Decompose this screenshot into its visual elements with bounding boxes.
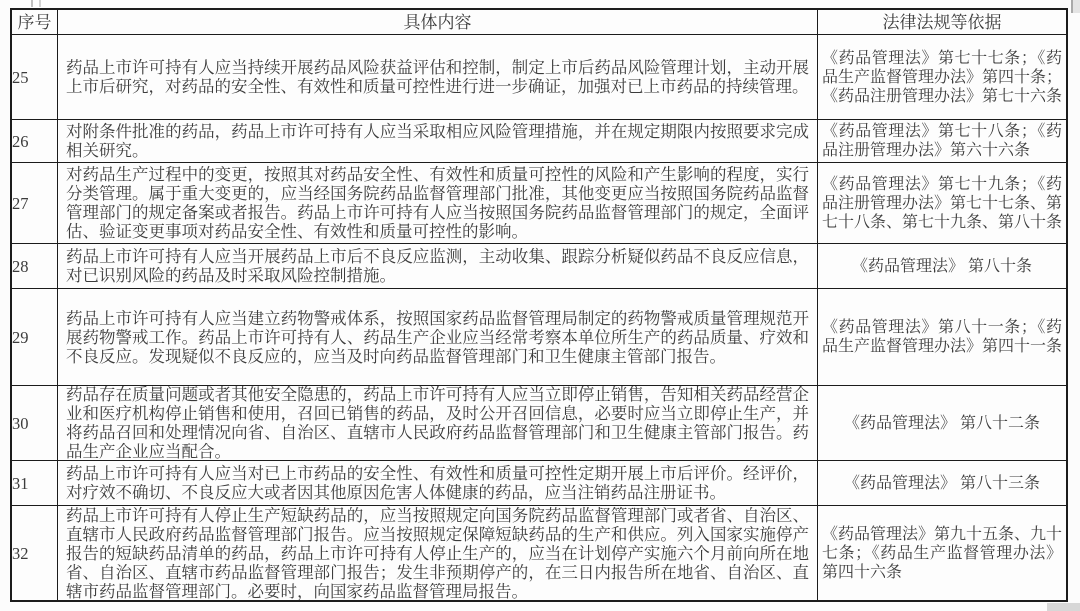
scan-artifact	[1071, 0, 1080, 13]
content-text: 药品上市许可持有人应当持续开展药品风险获益评估和控制，制定上市后药品风险管理计划…	[66, 58, 809, 96]
content-cell: 药品上市许可持有人停止生产短缺药品的，应当按照规定向国务院药品监督管理部门或者省…	[58, 506, 818, 600]
document-page: 序号 具体内容 法律法规等依据 25 药品上市许可持有人应当持续开展药品风险获益…	[0, 0, 1080, 611]
serial-number: 28	[12, 257, 57, 276]
header-cell-serial: 序号	[12, 10, 58, 34]
regulation-table: 序号 具体内容 法律法规等依据 25 药品上市许可持有人应当持续开展药品风险获益…	[10, 8, 1068, 602]
header-label-basis: 法律法规等依据	[822, 13, 1062, 32]
table-row-28: 28 药品上市许可持有人应当开展药品上市后不良反应监测，主动收集、跟踪分析疑似药…	[12, 243, 1066, 288]
serial-number: 29	[12, 328, 57, 347]
content-text: 药品存在质量问题或者其他安全隐患的，药品上市许可持有人应当立即停止销售，告知相关…	[66, 386, 809, 460]
content-cell: 对附条件批准的药品，药品上市许可持有人应当采取相应风险管理措施，并在规定期限内按…	[58, 120, 818, 162]
basis-text: 《药品管理法》第八十一条；《药品生产监督管理办法》第四十一条	[822, 318, 1062, 356]
header-cell-basis: 法律法规等依据	[818, 10, 1066, 34]
scan-artifact	[1047, 603, 1080, 611]
basis-text: 《药品管理法》第七十九条；《药品注册管理办法》第七十七条、第七十八条、第七十九条…	[822, 175, 1062, 232]
basis-text: 《药品管理法》第七十八条；《药品注册管理办法》第六十六条	[822, 122, 1062, 160]
table-row-31: 31 药品上市许可持有人应当对已上市药品的安全性、有效性和质量可控性定期开展上市…	[12, 460, 1066, 505]
table-header-row: 序号 具体内容 法律法规等依据	[12, 10, 1066, 34]
content-cell: 药品上市许可持有人应当对已上市药品的安全性、有效性和质量可控性定期开展上市后评价…	[58, 461, 818, 505]
serial-number: 27	[12, 194, 57, 213]
serial-cell: 32	[12, 506, 58, 600]
content-text: 对附条件批准的药品，药品上市许可持有人应当采取相应风险管理措施，并在规定期限内按…	[66, 122, 809, 160]
basis-cell: 《药品管理法》第七十八条；《药品注册管理办法》第六十六条	[818, 120, 1066, 162]
scan-artifact	[39, 0, 41, 7]
serial-number: 32	[12, 544, 57, 563]
basis-text: 《药品管理法》第九十五条、九十七条；《药品生产监督管理办法》第四十六条	[822, 525, 1062, 582]
table-row-32: 32 药品上市许可持有人停止生产短缺药品的，应当按照规定向国务院药品监督管理部门…	[12, 505, 1066, 600]
header-cell-content: 具体内容	[58, 10, 818, 34]
basis-cell: 《药品管理法》 第八十二条	[818, 386, 1066, 460]
basis-cell: 《药品管理法》第八十一条；《药品生产监督管理办法》第四十一条	[818, 289, 1066, 385]
table-row-25: 25 药品上市许可持有人应当持续开展药品风险获益评估和控制，制定上市后药品风险管…	[12, 34, 1066, 119]
serial-cell: 27	[12, 163, 58, 243]
serial-cell: 28	[12, 244, 58, 288]
content-text: 药品上市许可持有人停止生产短缺药品的，应当按照规定向国务院药品监督管理部门或者省…	[66, 506, 809, 600]
content-text: 药品上市许可持有人应当开展药品上市后不良反应监测，主动收集、跟踪分析疑似药品不良…	[66, 247, 809, 285]
content-cell: 药品存在质量问题或者其他安全隐患的，药品上市许可持有人应当立即停止销售，告知相关…	[58, 386, 818, 460]
basis-cell: 《药品管理法》第七十九条；《药品注册管理办法》第七十七条、第七十八条、第七十九条…	[818, 163, 1066, 243]
basis-cell: 《药品管理法》第九十五条、九十七条；《药品生产监督管理办法》第四十六条	[818, 506, 1066, 600]
table-row-30: 30 药品存在质量问题或者其他安全隐患的，药品上市许可持有人应当立即停止销售，告…	[12, 385, 1066, 460]
serial-number: 31	[12, 474, 57, 493]
serial-cell: 25	[12, 35, 58, 119]
table-row-27: 27 对药品生产过程中的变更，按照其对药品安全性、有效性和质量可控性的风险和产生…	[12, 162, 1066, 243]
basis-cell: 《药品管理法》第七十七条；《药品生产监督管理办法》第四十条；《药品注册管理办法》…	[818, 35, 1066, 119]
content-cell: 药品上市许可持有人应当开展药品上市后不良反应监测，主动收集、跟踪分析疑似药品不良…	[58, 244, 818, 288]
content-cell: 药品上市许可持有人应当建立药物警戒体系，按照国家药品监督管理局制定的药物警戒质量…	[58, 289, 818, 385]
basis-cell: 《药品管理法》 第八十三条	[818, 461, 1066, 505]
content-text: 对药品生产过程中的变更，按照其对药品安全性、有效性和质量可控性的风险和产生影响的…	[66, 165, 809, 241]
serial-number: 25	[12, 68, 57, 87]
serial-cell: 26	[12, 120, 58, 162]
serial-number: 26	[12, 132, 57, 151]
header-label-serial: 序号	[12, 13, 57, 32]
serial-number: 30	[12, 414, 57, 433]
table-row-26: 26 对附条件批准的药品，药品上市许可持有人应当采取相应风险管理措施，并在规定期…	[12, 119, 1066, 162]
serial-cell: 31	[12, 461, 58, 505]
table-row-29: 29 药品上市许可持有人应当建立药物警戒体系，按照国家药品监督管理局制定的药物警…	[12, 288, 1066, 385]
basis-text: 《药品管理法》 第八十条	[822, 257, 1062, 276]
header-label-content: 具体内容	[66, 13, 809, 32]
serial-cell: 29	[12, 289, 58, 385]
scan-artifact	[31, 0, 33, 7]
basis-text: 《药品管理法》 第八十三条	[822, 474, 1062, 493]
basis-cell: 《药品管理法》 第八十条	[818, 244, 1066, 288]
content-cell: 药品上市许可持有人应当持续开展药品风险获益评估和控制，制定上市后药品风险管理计划…	[58, 35, 818, 119]
content-text: 药品上市许可持有人应当对已上市药品的安全性、有效性和质量可控性定期开展上市后评价…	[66, 464, 809, 502]
basis-text: 《药品管理法》 第八十二条	[822, 414, 1062, 433]
basis-text: 《药品管理法》第七十七条；《药品生产监督管理办法》第四十条；《药品注册管理办法》…	[822, 49, 1062, 106]
content-text: 药品上市许可持有人应当建立药物警戒体系，按照国家药品监督管理局制定的药物警戒质量…	[66, 309, 809, 366]
serial-cell: 30	[12, 386, 58, 460]
content-cell: 对药品生产过程中的变更，按照其对药品安全性、有效性和质量可控性的风险和产生影响的…	[58, 163, 818, 243]
